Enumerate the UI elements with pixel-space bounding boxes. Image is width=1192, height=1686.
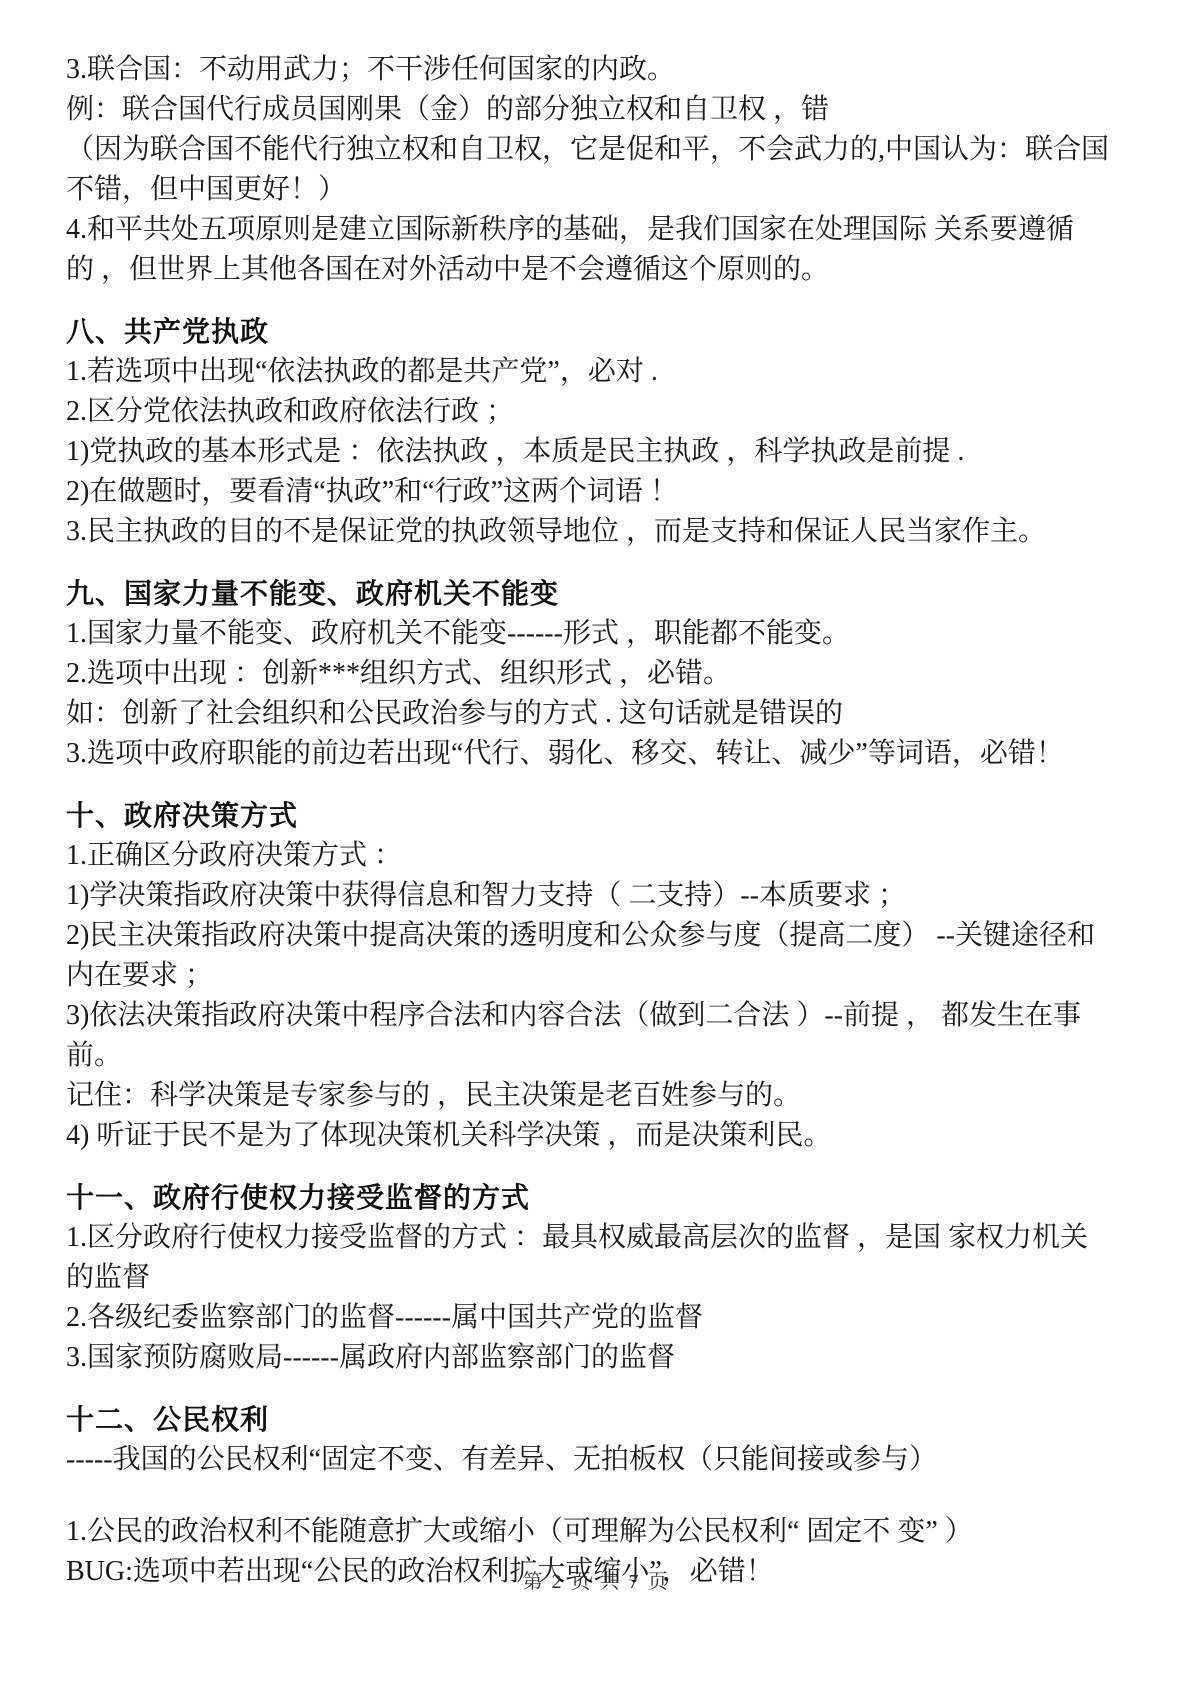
text-line: 1.若选项中出现“依法执政的都是共产党”，必对 . [66,352,1128,392]
section-citizen-rights: 十二、公民权利 -----我国的公民权利“固定不变、有差异、无拍板权（只能间接或… [66,1400,1128,1592]
text-line: 的监督 [66,1258,1128,1298]
text-line: 前。 [66,1036,1128,1076]
text-line: 1)学决策指政府决策中获得信息和智力支持（ 二支持）--本质要求 ； [66,876,1128,916]
text-line: 记住：科学决策是专家参与的 ，民主决策是老百姓参与的。 [66,1076,1128,1116]
text-line: 例：联合国代行成员国刚果（金）的部分独立权和自卫权 ，错 [66,90,1128,130]
text-line: -----我国的公民权利“固定不变、有差异、无拍板权（只能间接或参与） [66,1440,1128,1480]
section-heading: 十一、政府行使权力接受监督的方式 [66,1178,1128,1218]
text-line: 1.区分政府行使权力接受监督的方式 ：最具权威最高层次的监督 ，是国 家权力机关 [66,1218,1128,1258]
text-line: 3.选项中政府职能的前边若出现“代行、弱化、移交、转让、减少”等词语，必错！ [66,734,1128,774]
section-un-principles: 3.联合国：不动用武力；不干涉任何国家的内政。 例：联合国代行成员国刚果（金）的… [66,50,1128,290]
text-line: （因为联合国不能代行独立权和自卫权，它是促和平，不会武力的,中国认为：联合国 [66,130,1128,170]
text-line: 1)党执政的基本形式是 ：依法执政 ，本质是民主执政 ，科学执政是前提 . [66,432,1128,472]
section-state-power: 九、国家力量不能变、政府机关不能变 1.国家力量不能变、政府机关不能变-----… [66,574,1128,774]
text-line: 3.联合国：不动用武力；不干涉任何国家的内政。 [66,50,1128,90]
text-line: 4.和平共处五项原则是建立国际新秩序的基础，是我们国家在处理国际 关系要遵循 [66,210,1128,250]
text-line: 3)依法决策指政府决策中程序合法和内容合法（做到二合法 ）--前提 ， 都发生在… [66,996,1128,1036]
document-page: 3.联合国：不动用武力；不干涉任何国家的内政。 例：联合国代行成员国刚果（金）的… [0,0,1192,1686]
text-line: 不错，但中国更好！） [66,170,1128,210]
section-heading: 十二、公民权利 [66,1400,1128,1440]
text-line: 的 ，但世界上其他各国在对外活动中是不会遵循这个原则的。 [66,250,1128,290]
text-line: 2.选项中出现 ：创新***组织方式、组织形式 ，必错。 [66,654,1128,694]
text-line: 内在要求 ； [66,956,1128,996]
text-line: 2.区分党依法执政和政府依法行政 ； [66,392,1128,432]
section-cpc-governance: 八、共产党执政 1.若选项中出现“依法执政的都是共产党”，必对 . 2.区分党依… [66,312,1128,552]
text-line: 3.民主执政的目的不是保证党的执政领导地位 ，而是支持和保证人民当家作主。 [66,512,1128,552]
section-heading: 九、国家力量不能变、政府机关不能变 [66,574,1128,614]
text-line: 2.各级纪委监察部门的监督------属中国共产党的监督 [66,1298,1128,1338]
text-line: 3.国家预防腐败局------属政府内部监察部门的监督 [66,1338,1128,1378]
section-government-supervision: 十一、政府行使权力接受监督的方式 1.区分政府行使权力接受监督的方式 ：最具权威… [66,1178,1128,1378]
text-line: 4) 听证于民不是为了体现决策机关科学决策 ，而是决策利民。 [66,1116,1128,1156]
text-line: 1.正确区分政府决策方式 ： [66,836,1128,876]
section-government-decision: 十、政府决策方式 1.正确区分政府决策方式 ： 1)学决策指政府决策中获得信息和… [66,796,1128,1156]
text-line: 1.国家力量不能变、政府机关不能变------形式 ，职能都不能变。 [66,614,1128,654]
section-heading: 十、政府决策方式 [66,796,1128,836]
text-line: 如：创新了社会组织和公民政治参与的方式 . 这句话就是错误的 [66,694,1128,734]
page-footer: 第 2 页 共 7 页 [0,1568,1192,1596]
text-line: 2)在做题时，要看清“执政”和“行政”这两个词语 ！ [66,472,1128,512]
text-line: 1.公民的政治权利不能随意扩大或缩小（可理解为公民权利“ 固定不 变” ） [66,1512,1128,1552]
section-heading: 八、共产党执政 [66,312,1128,352]
text-line: 2)民主决策指政府决策中提高决策的透明度和公众参与度（提高二度） --关键途径和 [66,916,1128,956]
